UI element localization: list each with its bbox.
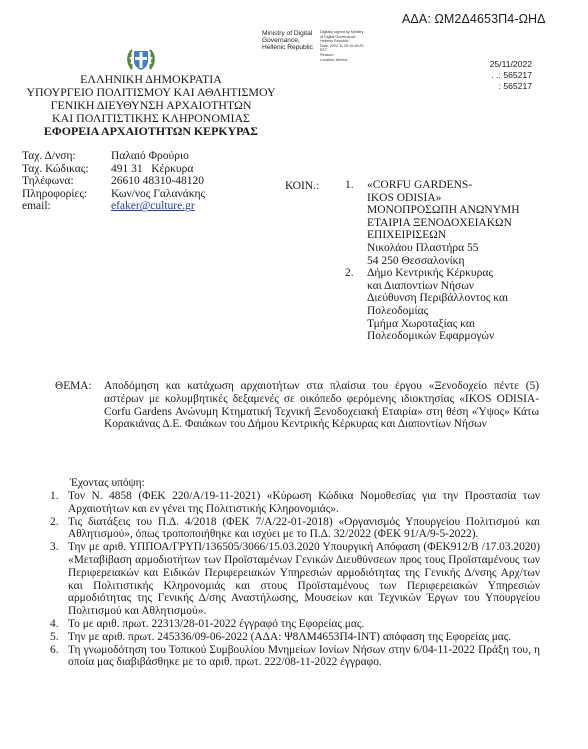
item-text: Τον Ν. 4858 (ΦΕΚ 220/Α/19-11-2021) «Κύρω… xyxy=(68,490,540,516)
document-date: 25/11/2022 xyxy=(482,59,532,70)
item-text: Τις διατάξεις του Π.Δ. 4/2018 (ΦΕΚ 7/Α/2… xyxy=(68,516,540,542)
contact-row: Ταχ. Κώδικας: 491 31 Κέρκυρα xyxy=(22,163,205,176)
item-number: 6. xyxy=(50,644,68,670)
ada-code: ΑΔΑ: ΩΜ2Δ4653Π4-ΩΗΔ xyxy=(402,12,546,26)
consideration-item: 1. Τον Ν. 4858 (ΦΕΚ 220/Α/19-11-2021) «Κ… xyxy=(50,490,540,516)
item-text: Την με αριθ. πρωτ. 245336/09-06-2022 (ΑΔ… xyxy=(68,631,540,644)
signature-details: Digitally signed by Ministry of Digital … xyxy=(320,30,380,62)
recipient-item: 2. Δήμο Κεντρικής Κέρκυρας και Διαποντίω… xyxy=(345,267,520,343)
issuing-authority: ΕΛΛΗΝΙΚΗ ΔΗΜΟΚΡΑΤΙΑ ΥΠΟΥΡΓΕΙΟ ΠΟΛΙΤΙΣΜΟΥ… xyxy=(18,73,284,138)
contact-value: Παλαιό Φρούριο xyxy=(111,150,189,163)
recipient-line: Πολεοδομικών Εφαρμογών xyxy=(367,330,508,343)
item-number: 5. xyxy=(50,631,68,644)
item-number: 3. xyxy=(50,541,68,618)
item-number: 1. xyxy=(50,490,68,516)
protocol-number-2: : 565217 xyxy=(482,81,532,92)
consideration-item: 4. Το με αριθ. πρωτ. 22313/28-01-2022 έγ… xyxy=(50,618,540,631)
recipient-item: 1. «CORFU GARDENS- IKOS ODISIA» ΜΟΝΟΠΡΟΣ… xyxy=(345,179,520,267)
signer-line: Hellenic Republic xyxy=(262,45,313,52)
contact-label: Ταχ. Κώδικας: xyxy=(22,163,111,176)
item-text: Το με αριθ. πρωτ. 22313/28-01-2022 έγγρα… xyxy=(68,618,540,631)
contact-label: email: xyxy=(22,200,111,213)
consideration-item: 2. Τις διατάξεις του Π.Δ. 4/2018 (ΦΕΚ 7/… xyxy=(50,516,540,542)
authority-office: ΕΦΟΡΕΙΑ ΑΡΧΑΙΟΤΗΤΩΝ ΚΕΡΚΥΡΑΣ xyxy=(18,125,284,138)
recipient-number: 1. xyxy=(345,179,367,267)
greek-coat-of-arms-icon xyxy=(126,45,156,75)
recipient-line: Νικολάου Πλαστήρα 55 xyxy=(367,242,520,255)
recipient-line: «CORFU GARDENS- xyxy=(367,179,520,192)
item-text: Τη γνωμοδότηση του Τοπικού Συμβουλίου Μν… xyxy=(68,644,540,670)
contact-row: Ταχ. Δ/νση: Παλαιό Φρούριο xyxy=(22,150,205,163)
recipient-number: 2. xyxy=(345,267,367,343)
recipient-line: 54 250 Θεσσαλονίκη xyxy=(367,255,520,268)
contact-label: Πληροφορίες: xyxy=(22,188,111,201)
koin-label: ΚΟΙΝ.: xyxy=(285,179,319,192)
contact-label: Τηλέφωνα: xyxy=(22,175,111,188)
recipient-line: IKOS ODISIA» xyxy=(367,192,520,205)
item-number: 2. xyxy=(50,516,68,542)
contact-value: 491 31 Κέρκυρα xyxy=(111,163,193,176)
protocol-number: . .: 565217 xyxy=(482,70,532,81)
signature-signer: Ministry of Digital Governance, Hellenic… xyxy=(262,31,313,51)
recipient-line: Διεύθυνση Περιβάλλοντος και xyxy=(367,292,508,305)
koin-recipients: 1. «CORFU GARDENS- IKOS ODISIA» ΜΟΝΟΠΡΟΣ… xyxy=(345,179,520,343)
contact-row: Πληροφορίες: Κων/νος Γαλανάκης xyxy=(22,188,205,201)
contact-label: Ταχ. Δ/νση: xyxy=(22,150,111,163)
document-meta: 25/11/2022 . .: 565217 : 565217 xyxy=(482,59,532,92)
considerations-intro: Έχοντας υπόψη: xyxy=(70,477,145,489)
consideration-item: 6. Τη γνωμοδότηση του Τοπικού Συμβουλίου… xyxy=(50,644,540,670)
contact-value: 26610 48310-48120 xyxy=(111,175,204,188)
recipient-line: και Διαποντίων Νήσων xyxy=(367,280,508,293)
recipient-line: Τμήμα Χωροταξίας και xyxy=(367,318,508,331)
recipient-line: ΜΟΝΟΠΡΟΣΩΠΗ ΑΝΩΝΥΜΗ xyxy=(367,204,520,217)
considerations-list: 1. Τον Ν. 4858 (ΦΕΚ 220/Α/19-11-2021) «Κ… xyxy=(50,490,540,669)
recipient-line: Δήμο Κεντρικής Κέρκυρας xyxy=(367,267,508,280)
contact-value: Κων/νος Γαλανάκης xyxy=(111,188,205,201)
recipient-line: ΕΠΙΧΕΙΡΙΣΕΩΝ xyxy=(367,229,520,242)
recipient-line: Πολεοδομίας xyxy=(367,305,508,318)
recipient-line: ΕΤΑΙΡΙΑ ΞΕΝΟΔΟΧΕΙΑΚΩΝ xyxy=(367,217,520,230)
subject-label: ΘΕΜΑ: xyxy=(55,380,104,431)
email-link[interactable]: efaker@culture.gr xyxy=(111,200,195,213)
contact-block: Ταχ. Δ/νση: Παλαιό Φρούριο Ταχ. Κώδικας:… xyxy=(22,150,205,213)
item-text: Την με αριθ. ΥΠΠΟΑ/ΓΡΥΠ/136505/3066/15.0… xyxy=(68,541,540,618)
consideration-item: 5. Την με αριθ. πρωτ. 245336/09-06-2022 … xyxy=(50,631,540,644)
signature-detail-line: Location: Athens xyxy=(320,58,380,63)
item-number: 4. xyxy=(50,618,68,631)
consideration-item: 3. Την με αριθ. ΥΠΠΟΑ/ΓΡΥΠ/136505/3066/1… xyxy=(50,541,540,618)
subject-block: ΘΕΜΑ: Αποδόμηση και κατάχωση αρχαιοτήτων… xyxy=(55,380,539,431)
contact-row: email: efaker@culture.gr xyxy=(22,200,205,213)
contact-row: Τηλέφωνα: 26610 48310-48120 xyxy=(22,175,205,188)
subject-text: Αποδόμηση και κατάχωση αρχαιοτήτων στα π… xyxy=(104,380,539,431)
